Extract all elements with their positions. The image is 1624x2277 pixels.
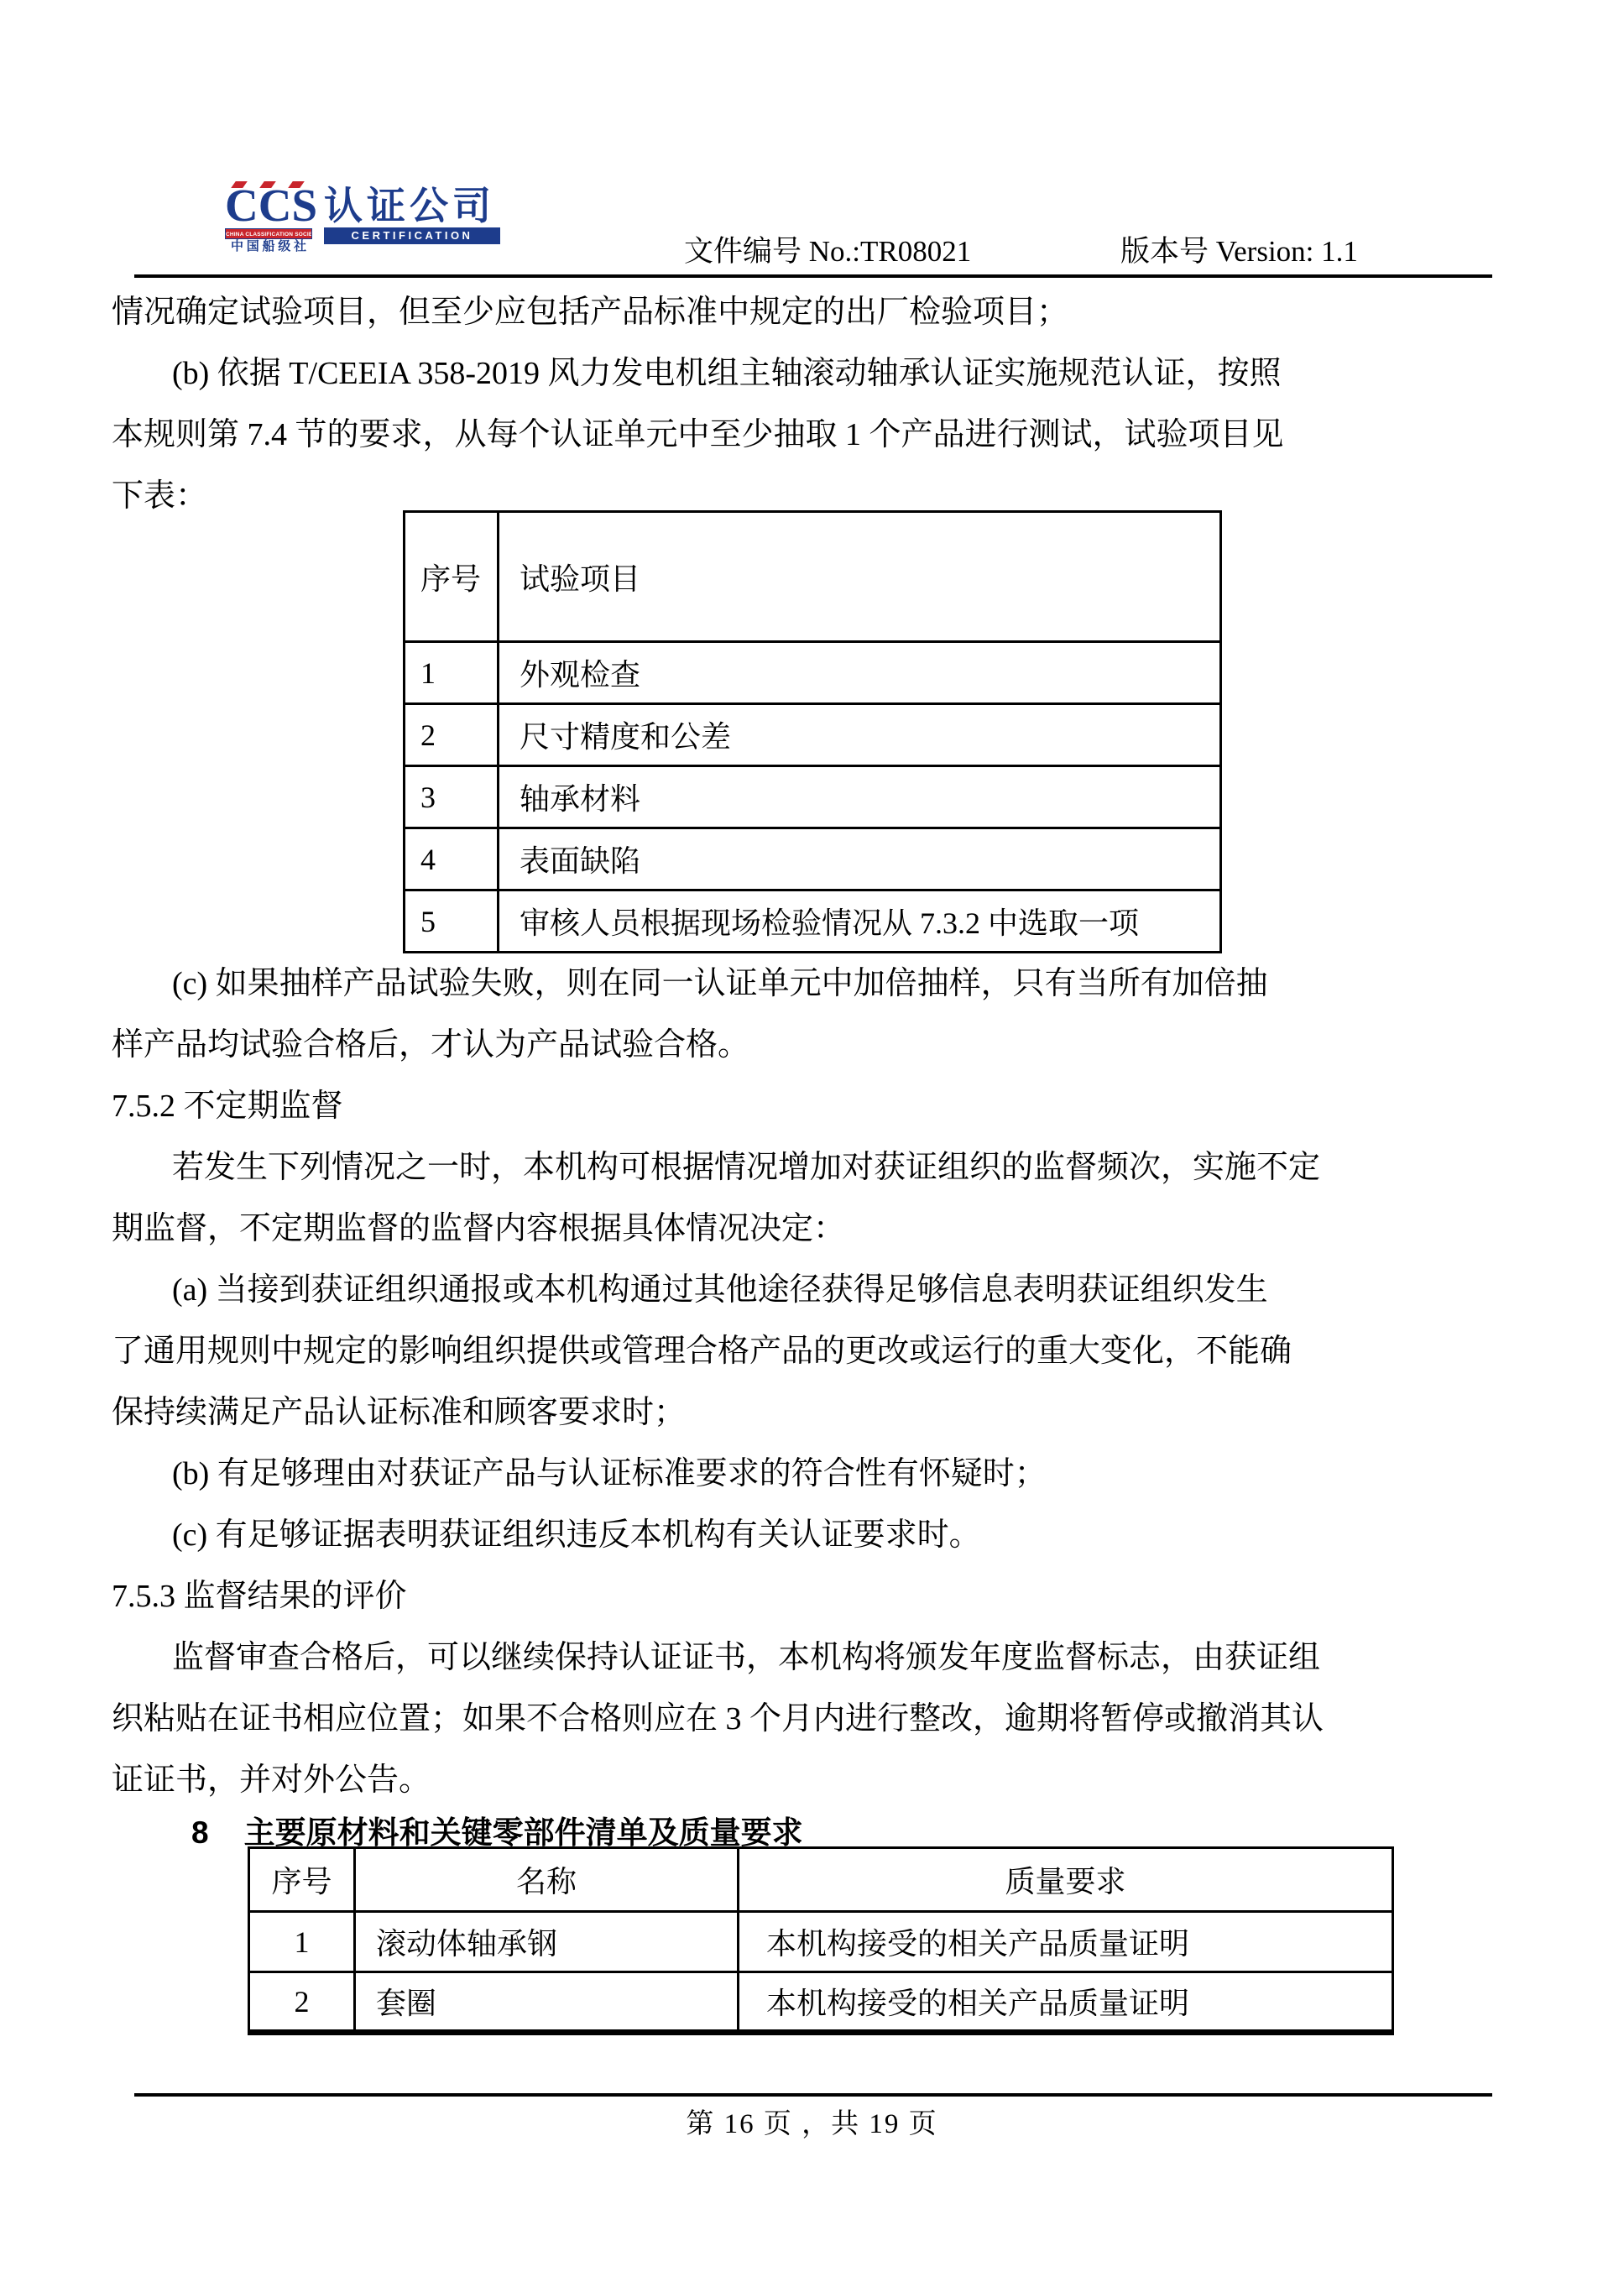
table-row: 2 套圈 本机构接受的相关产品质量证明 — [249, 1972, 1393, 2033]
document-body: 情况确定试验项目，但至少应包括产品标准中规定的出厂检验项目； (b) 依据 T/… — [112, 282, 1515, 2035]
test-item-cell: 审核人员根据现场检验情况从 7.3.2 中选取一项 — [499, 890, 1221, 953]
paragraph-line: 7.5.2 不定期监督 — [112, 1076, 1515, 1137]
page-number: 第 16 页 ，共 19 页 — [0, 2102, 1624, 2141]
company-name: 认证公司 — [324, 188, 500, 225]
paragraph-line: 7.5.3 监督结果的评价 — [112, 1566, 1515, 1627]
paragraph-block-top: 情况确定试验项目，但至少应包括产品标准中规定的出厂检验项目； (b) 依据 T/… — [112, 282, 1515, 527]
paragraph-line: 保持续满足产品认证标准和顾客要求时； — [112, 1382, 1515, 1444]
paragraph-line: 样产品均试验合格后，才认为产品试验合格。 — [112, 1015, 1515, 1076]
ccs-logo-red-accents — [225, 181, 312, 190]
paragraph-line: 情况确定试验项目，但至少应包括产品标准中规定的出厂检验项目； — [112, 282, 1515, 343]
paragraph-line: (c) 有足够证据表明获证组织违反本机构有关认证要求时。 — [112, 1505, 1515, 1566]
material-name-cell: 套圈 — [355, 1972, 739, 2033]
test-item-cell: 外观检查 — [499, 642, 1221, 704]
table-row: 3 轴承材料 — [405, 766, 1221, 828]
table1-header-no: 序号 — [405, 512, 499, 642]
test-item-cell: 轴承材料 — [499, 766, 1221, 828]
row-number-cell: 5 — [405, 890, 499, 953]
document-page: CCS CHINA CLASSIFICATION SOCIETY 中 国 船 级… — [0, 0, 1624, 2277]
paragraph-line: 期监督，不定期监督的监督内容根据具体情况决定： — [112, 1199, 1515, 1260]
row-number-cell: 4 — [405, 828, 499, 890]
row-number-cell: 1 — [249, 1912, 355, 1972]
footer-divider — [134, 2093, 1492, 2097]
table-row: 1 外观检查 — [405, 642, 1221, 704]
paragraph-line: 证证书，并对外公告。 — [112, 1750, 1515, 1811]
table-row: 2 尺寸精度和公差 — [405, 704, 1221, 766]
ccs-logo: CCS CHINA CLASSIFICATION SOCIETY 中 国 船 级… — [225, 185, 312, 254]
table-row: 1 滚动体轴承钢 本机构接受的相关产品质量证明 — [249, 1912, 1393, 1972]
table1-header-item: 试验项目 — [499, 512, 1221, 642]
row-number-cell: 1 — [405, 642, 499, 704]
paragraph-line: (b) 有足够理由对获证产品与认证标准要求的符合性有怀疑时； — [112, 1444, 1515, 1505]
table2-header-no: 序号 — [249, 1848, 355, 1912]
certification-band: CERTIFICATION — [324, 227, 500, 244]
row-number-cell: 2 — [405, 704, 499, 766]
version-number: 版本号 Version: 1.1 — [1120, 228, 1358, 270]
section-number: 8 — [191, 1815, 209, 1850]
row-number-cell: 2 — [249, 1972, 355, 2033]
test-item-cell: 表面缺陷 — [499, 828, 1221, 890]
header-divider — [134, 274, 1492, 278]
section-title: 主要原材料和关键零部件清单及质量要求 — [244, 1815, 803, 1850]
quality-requirement-cell: 本机构接受的相关产品质量证明 — [739, 1912, 1393, 1972]
row-number-cell: 3 — [405, 766, 499, 828]
society-name-cn: 中 国 船 级 社 — [225, 240, 312, 254]
material-name-cell: 滚动体轴承钢 — [355, 1912, 739, 1972]
paragraph-line: (b) 依据 T/CEEIA 358-2019 风力发电机组主轴滚动轴承认证实施… — [112, 343, 1515, 405]
doc-number: 文件编号 No.:TR08021 — [684, 228, 971, 270]
table-header-row: 序号 名称 质量要求 — [249, 1848, 1393, 1912]
paragraph-line: 监督审查合格后，可以继续保持认证证书，本机构将颁发年度监督标志，由获证组 — [112, 1627, 1515, 1689]
paragraph-line: 若发生下列情况之一时，本机构可根据情况增加对获证组织的监督频次，实施不定 — [112, 1137, 1515, 1199]
quality-requirement-cell: 本机构接受的相关产品质量证明 — [739, 1972, 1393, 2033]
paragraph-block-middle: (c) 如果抽样产品试验失败，则在同一认证单元中加倍抽样，只有当所有加倍抽 样产… — [112, 953, 1515, 1811]
table2-header-name: 名称 — [355, 1848, 739, 1912]
table-row: 5 审核人员根据现场检验情况从 7.3.2 中选取一项 — [405, 890, 1221, 953]
paragraph-line: 织粘贴在证书相应位置；如果不合格则应在 3 个月内进行整改，逾期将暂停或撤消其认 — [112, 1689, 1515, 1750]
paragraph-line: 本规则第 7.4 节的要求，从每个认证单元中至少抽取 1 个产品进行测试，试验项… — [112, 405, 1515, 466]
ccs-logo-company: 认证公司 CERTIFICATION — [324, 188, 500, 244]
paragraph-line: (a) 当接到获证组织通报或本机构通过其他途径获得足够信息表明获证组织发生 — [112, 1260, 1515, 1321]
table-row: 4 表面缺陷 — [405, 828, 1221, 890]
test-items-table: 序号 试验项目 1 外观检查 2 尺寸精度和公差 — [403, 510, 1222, 953]
paragraph-line: 了通用规则中规定的影响组织提供或管理合格产品的更改或运行的重大变化，不能确 — [112, 1321, 1515, 1382]
test-item-cell: 尺寸精度和公差 — [499, 704, 1221, 766]
table-header-row: 序号 试验项目 — [405, 512, 1221, 642]
ccs-logo-text: CCS — [225, 185, 312, 227]
materials-table: 序号 名称 质量要求 1 滚动体轴承钢 本机构接受的相关产品质量证明 2 套圈 — [248, 1846, 1394, 2035]
paragraph-line: (c) 如果抽样产品试验失败，则在同一认证单元中加倍抽样，只有当所有加倍抽 — [112, 953, 1515, 1015]
table2-header-requirement: 质量要求 — [739, 1848, 1393, 1912]
